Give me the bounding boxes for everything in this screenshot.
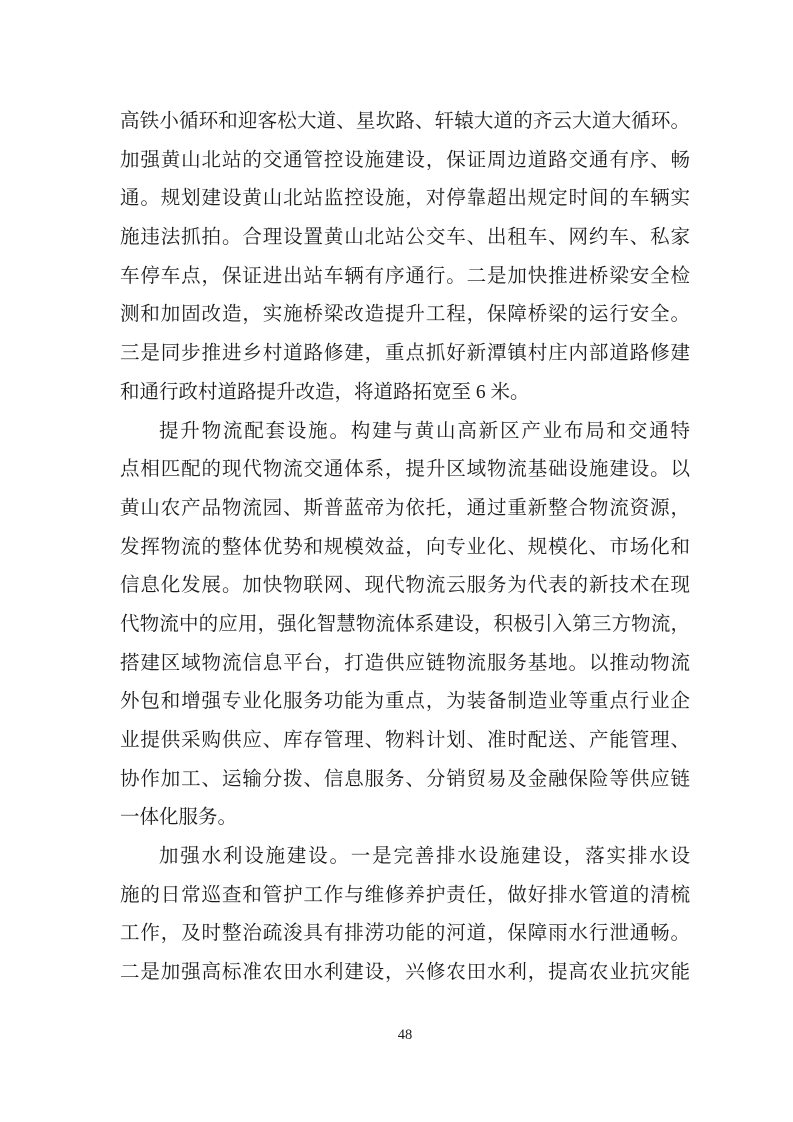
paragraph-logistics: 提升物流配套设施。构建与黄山高新区产业布局和交通特 点相匹配的现代物流交通体系，… (120, 413, 690, 839)
text-line: 施违法抓拍。合理设置黄山北站公交车、出租车、网约车、私家 (120, 219, 690, 258)
paragraph-water-conservancy: 加强水利设施建设。一是完善排水设施建设，落实排水设 施的日常巡查和管护工作与维修… (120, 838, 690, 993)
text-line: 发挥物流的整体优势和规模效益，向专业化、规模化、市场化和 (120, 529, 690, 568)
text-line: 点相匹配的现代物流交通体系，提升区域物流基础设施建设。以 (120, 451, 690, 490)
text-line: 车停车点，保证进出站车辆有序通行。二是加快推进桥梁安全检 (120, 258, 690, 297)
text-line: 通。规划建设黄山北站监控设施，对停靠超出规定时间的车辆实 (120, 180, 690, 219)
paragraph-road-traffic: 高铁小循环和迎客松大道、星坎路、轩辕大道的齐云大道大循环。 加强黄山北站的交通管… (120, 103, 690, 413)
document-body: 高铁小循环和迎客松大道、星坎路、轩辕大道的齐云大道大循环。 加强黄山北站的交通管… (120, 103, 690, 993)
text-line: 黄山农产品物流园、斯普蓝帝为依托，通过重新整合物流资源， (120, 490, 690, 529)
text-line: 三是同步推进乡村道路修建，重点抓好新潭镇村庄内部道路修建 (120, 335, 690, 374)
text-line: 代物流中的应用，强化智慧物流体系建设，积极引入第三方物流， (120, 606, 690, 645)
text-line: 协作加工、运输分拨、信息服务、分销贸易及金融保险等供应链 (120, 761, 690, 800)
page-number: 48 (120, 1026, 690, 1044)
text-line: 测和加固改造，实施桥梁改造提升工程，保障桥梁的运行安全。 (120, 296, 690, 335)
text-line: 和通行政村道路提升改造，将道路拓宽至 6 米。 (120, 374, 690, 413)
document-page: 高铁小循环和迎客松大道、星坎路、轩辕大道的齐云大道大循环。 加强黄山北站的交通管… (0, 0, 793, 1122)
text-line: 施的日常巡查和管护工作与维修养护责任，做好排水管道的清梳 (120, 877, 690, 916)
text-line: 一体化服务。 (120, 799, 690, 838)
text-line: 高铁小循环和迎客松大道、星坎路、轩辕大道的齐云大道大循环。 (120, 103, 690, 142)
text-line: 加强黄山北站的交通管控设施建设，保证周边道路交通有序、畅 (120, 142, 690, 181)
text-line: 工作，及时整治疏浚具有排涝功能的河道，保障雨水行泄通畅。 (120, 915, 690, 954)
text-line: 提升物流配套设施。构建与黄山高新区产业布局和交通特 (120, 413, 690, 452)
text-line: 搭建区域物流信息平台，打造供应链物流服务基地。以推动物流 (120, 645, 690, 684)
text-line: 信息化发展。加快物联网、现代物流云服务为代表的新技术在现 (120, 567, 690, 606)
text-line: 业提供采购供应、库存管理、物料计划、准时配送、产能管理、 (120, 722, 690, 761)
text-line: 外包和增强专业化服务功能为重点，为装备制造业等重点行业企 (120, 683, 690, 722)
text-line: 加强水利设施建设。一是完善排水设施建设，落实排水设 (120, 838, 690, 877)
text-line: 二是加强高标准农田水利建设，兴修农田水利，提高农业抗灾能 (120, 954, 690, 993)
